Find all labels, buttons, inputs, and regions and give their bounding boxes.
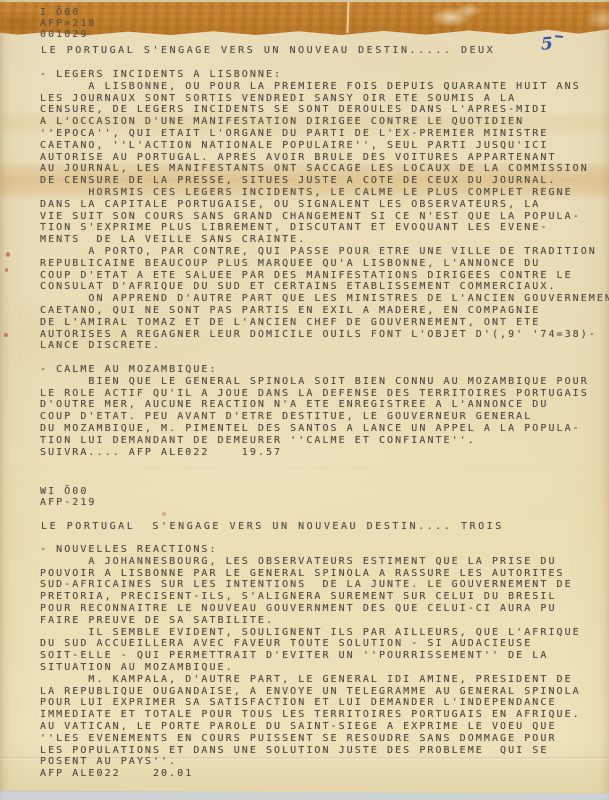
typed-line: VIE SUIT SON COURS SANS GRAND CHANGEMENT… xyxy=(40,211,609,223)
typed-line: POSENT AU PAYS''. xyxy=(40,756,581,768)
typed-line: - CALME AU MOZAMBIQUE: xyxy=(40,364,609,376)
ink-speck xyxy=(5,268,8,272)
typed-line: TION S'EXPRIME PLUS LIBREMENT, DISCUTANT… xyxy=(40,222,609,234)
dispatch-title: LE PORTUGAL S'ENGAGE VERS UN NOUVEAU DES… xyxy=(41,45,495,57)
typed-line: POUR LUI EXPRIMER SA SATISFACTION ET LUI… xyxy=(40,697,581,709)
typed-line: DANS LA CAPITALE PORTUGAISE, OU SIGNALEN… xyxy=(40,199,609,211)
handwritten-five: 5 xyxy=(540,34,553,55)
typed-line: COUP D'ETAT. PEU AVANT D'ETRE DESTITUE, … xyxy=(40,411,609,423)
typed-line: HORSMIS CES LEGERS INCIDENTS, LE CALME L… xyxy=(40,187,609,199)
typed-line: A L'OCCASION D'UNE MANIFESTATION DIRIGEE… xyxy=(40,116,609,128)
typed-line: LES POPULATIONS ET DANS UNE SOLUTION JUS… xyxy=(40,745,581,757)
typed-line: IL SEMBLE EVIDENT, SOULIGNENT ILS PAR AI… xyxy=(40,627,581,639)
handwritten-dash xyxy=(555,35,563,38)
typed-line: COUP D'ETAT A ETE SALUEE PAR DES MANIFES… xyxy=(40,270,609,282)
ink-speck xyxy=(4,333,8,337)
typed-line: LE ROLE ACTIF QU'IL A JOUE DANS LA DEFEN… xyxy=(40,388,609,400)
wire-code-line: AFP-219 xyxy=(40,497,97,508)
dispatch-body: - NOUVELLES REACTIONS: A JOHANNESBOURG, … xyxy=(40,544,581,780)
wire-code-line: AFP=218 xyxy=(40,18,97,29)
typed-line: CENSURE, DE LEGERS INCIDENTS SE SONT DER… xyxy=(40,104,609,116)
typed-line: CONSULAT D'AFRIQUE DU SUD ET CERTAINS ET… xyxy=(40,281,609,293)
typed-line: AU VATICAN, LE PORTE PAROLE DU SAINT-SIE… xyxy=(40,721,581,733)
typed-line: A LISBONNE, OU POUR LA PREMIERE FOIS DEP… xyxy=(40,81,609,93)
typed-line: DU SUD ACCUEILLERA AVEC FAVEUR TOUTE SOL… xyxy=(40,638,581,650)
typed-line: LANCE DISCRETE. xyxy=(40,340,609,352)
typed-line: A JOHANNESBOURG, LES OBSERVATEURS ESTIME… xyxy=(40,556,581,568)
typed-line: AUTORISE AU PORTUGAL. APRES AVOIR BRULE … xyxy=(40,152,609,164)
typed-line: MENTS DE LA VEILLE SANS CRAINTE. xyxy=(40,234,609,246)
paper-crease xyxy=(0,468,609,470)
wire-codes: I Õ00AFP=218001029 xyxy=(40,7,97,40)
typed-line xyxy=(40,352,609,364)
typed-line: CAETANO, QUI NE SONT PAS PARTIS EN EXIL … xyxy=(40,305,609,317)
document-page: 5 I Õ00AFP=218001029 LE PORTUGAL S'ENGAG… xyxy=(0,0,609,800)
typed-line: CAETANO, ''L'ACTION NATIONALE POPULAIRE'… xyxy=(40,140,609,152)
typed-line: AUTORISES A REGAGNER LEUR DOMICILE OUILS… xyxy=(40,329,609,341)
handwritten-page-number: 5 xyxy=(540,33,562,54)
background-surface xyxy=(0,786,609,800)
typed-line: TION LUI DEMANDANT DE DEMEURER ''CALME E… xyxy=(40,435,609,447)
typed-line: AFP ALE022 20.01 xyxy=(40,768,581,780)
wire-code-line: WI Õ00 xyxy=(40,486,97,497)
typed-line: DE L'AMIRAL TOMAZ ET DE L'ANCIEN CHEF DE… xyxy=(40,317,609,329)
typed-line: SOIT-ELLE - QUI PERMETTRAIT D'EVITER UN … xyxy=(40,650,581,662)
typed-line: LA REPUBLIQUE OUGANDAISE, A ENVOYE UN TE… xyxy=(40,686,581,698)
ink-speck xyxy=(6,252,10,257)
typed-line: PRETORIA, PRECISENT-ILS, S'ALIGNERA SURE… xyxy=(40,591,581,603)
typed-line: SUIVRA.... AFP ALE022 19.57 xyxy=(40,447,609,459)
typed-line: DE CENSURE DE LA PRESSE, SITUES JUSTE A … xyxy=(40,175,609,187)
typed-line: DU MOZAMBIQUE, M. PIMENTEL DES SANTOS A … xyxy=(40,423,609,435)
typed-line: SUD-AFRICAINES SUR LES INTENTIONS DE LA … xyxy=(40,579,581,591)
typed-line: ''LES EVENEMENTS EN COURS PUISSENT SE RE… xyxy=(40,733,581,745)
typed-line: REPUBLICAINE BEAUCOUP PLUS MARQUEE QU'A … xyxy=(40,258,609,270)
typed-line: POUVOIR A LISBONNE PAR LE GENERAL SPINOL… xyxy=(40,568,581,580)
wire-code-line: I Õ00 xyxy=(40,7,97,18)
typed-line: A PORTO, PAR CONTRE, QUI PASSE POUR ETRE… xyxy=(40,246,609,258)
dispatch-title: LE PORTUGAL S'ENGAGE VERS UN NOUVEAU DES… xyxy=(41,521,504,533)
typed-line: FAIRE PREUVE DE SA SATBILITE. xyxy=(40,615,581,627)
typed-line: M. KAMPALA, D'AUTRE PART, LE GENERAL IDI… xyxy=(40,674,581,686)
typed-line: LES JOURNAUX SONT SORTIS VENDREDI SANSY … xyxy=(40,93,609,105)
typed-line: ON APPREND D'AUTRE PART QUE LES MINISTRE… xyxy=(40,293,609,305)
typed-line: - LEGERS INCIDENTS A LISBONNE: xyxy=(40,69,609,81)
typed-line: - NOUVELLES REACTIONS: xyxy=(40,544,581,556)
dispatch-body: - LEGERS INCIDENTS A LISBONNE: A LISBONN… xyxy=(40,69,609,458)
typed-line: ''EPOCA'', QUI ETAIT L'ORGANE DU PARTI D… xyxy=(40,128,609,140)
typed-line: BIEN QUE LE GENERAL SPINOLA SOIT BIEN CO… xyxy=(40,376,609,388)
wire-code-line: 001029 xyxy=(40,29,97,40)
typed-line: POUR RECONNAITRE LE NOUVEAU GOUVERNMENT … xyxy=(40,603,581,615)
typed-line: IMMEDIATE ET TOTALE POUR TOUS LES TERRIT… xyxy=(40,709,581,721)
typed-line: AU JOURNAL, LES MANIFESTANTS ONT SACCAGE… xyxy=(40,163,609,175)
typed-line: D'OUTRE MER, AUCUNE REACTION N'A ETE ENR… xyxy=(40,399,609,411)
typed-line: SITUATION AU MOZAMBIQUE. xyxy=(40,662,581,674)
wire-codes: WI Õ00AFP-219 xyxy=(40,486,97,508)
ink-speck xyxy=(162,512,166,516)
